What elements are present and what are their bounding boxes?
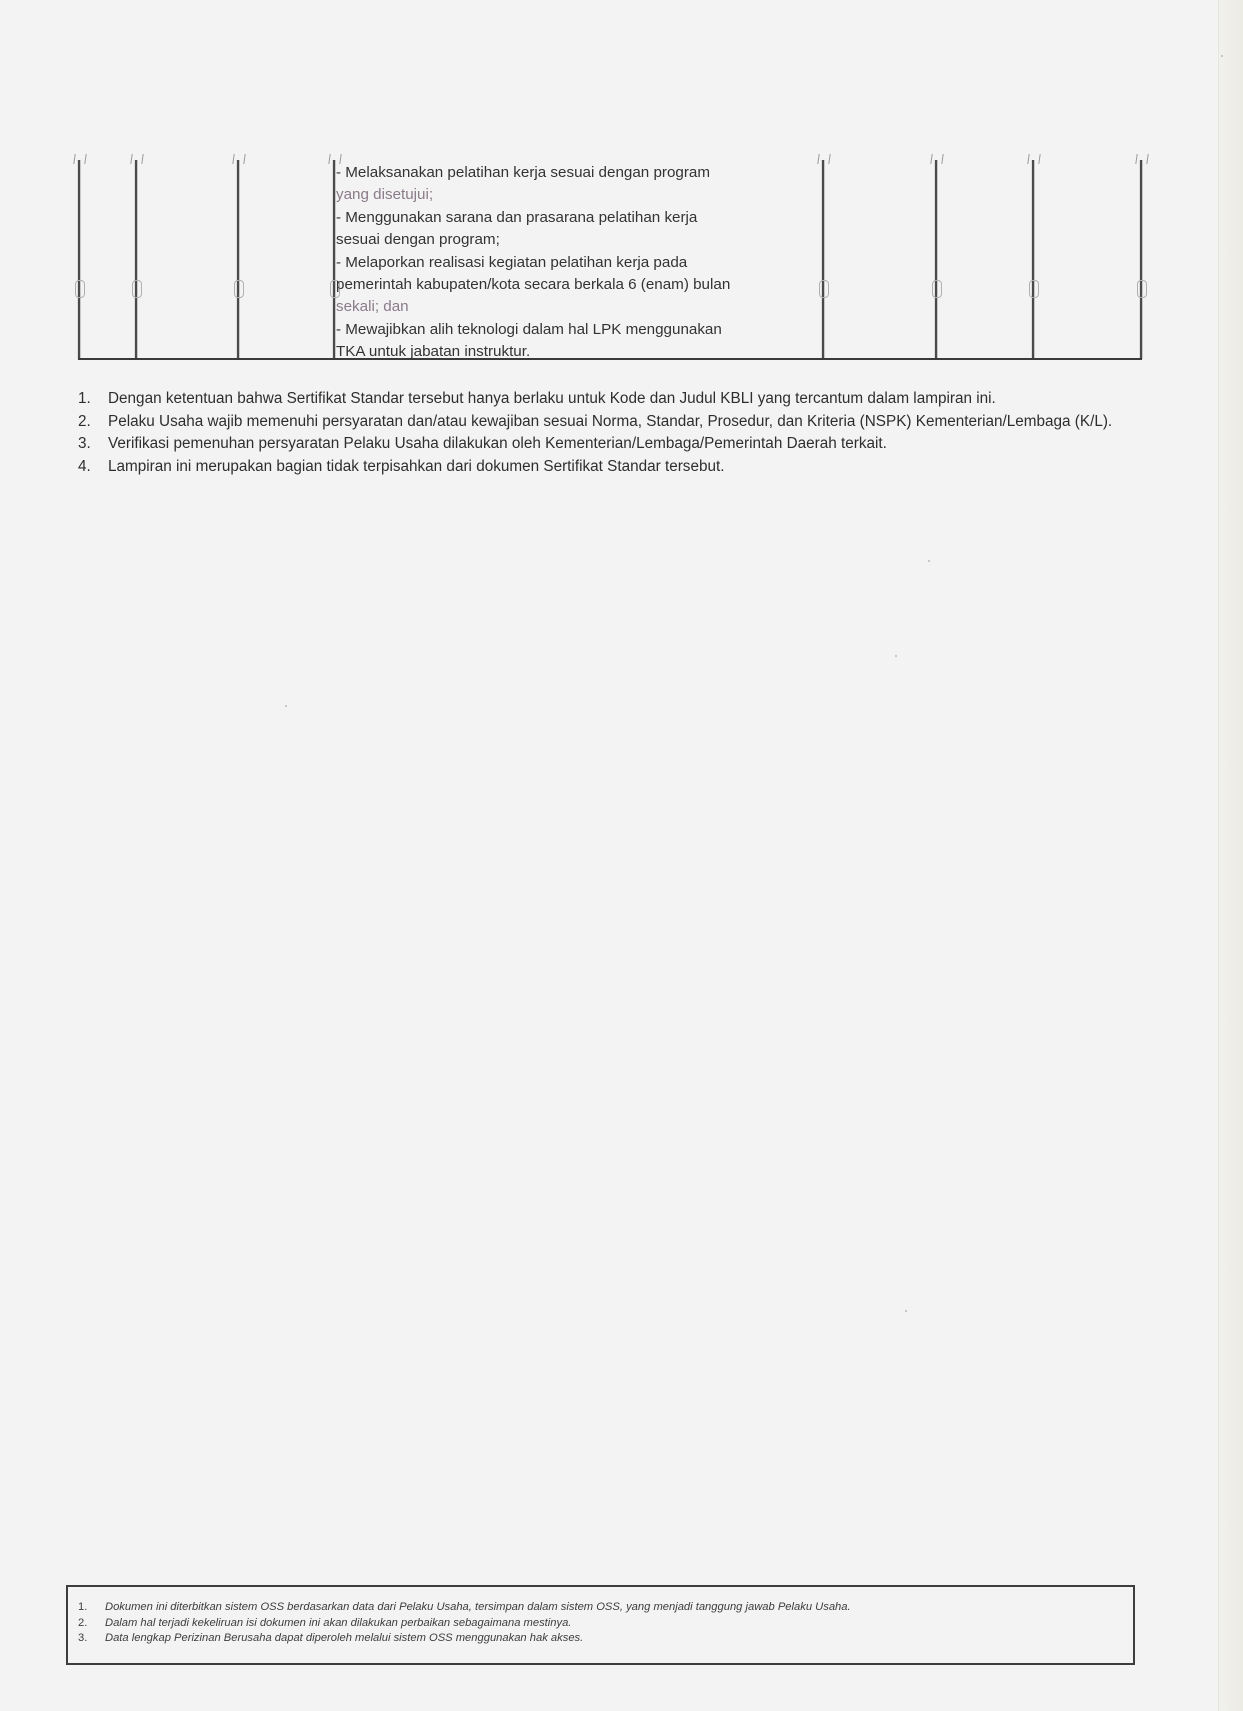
table-column-border bbox=[135, 160, 137, 359]
oss-disclaimer-box: 1. Dokumen ini diterbitkan sistem OSS be… bbox=[66, 1585, 1135, 1665]
obligation-line: - Melaporkan realisasi kegiatan pelatiha… bbox=[336, 252, 826, 274]
table-column-border bbox=[78, 160, 80, 359]
note-item: 2. Pelaku Usaha wajib memenuhi persyarat… bbox=[78, 413, 1143, 432]
note-item: 1. Dengan ketentuan bahwa Sertifikat Sta… bbox=[78, 390, 1143, 409]
obligation-line: sekali; dan bbox=[336, 296, 826, 318]
note-text: Dengan ketentuan bahwa Sertifikat Standa… bbox=[108, 390, 996, 407]
disclaimer-text: Data lengkap Perizinan Berusaha dapat di… bbox=[105, 1632, 583, 1644]
table-column-border bbox=[237, 160, 239, 359]
attachment-notes-list: 1. Dengan ketentuan bahwa Sertifikat Sta… bbox=[78, 390, 1143, 480]
note-text: Pelaku Usaha wajib memenuhi persyaratan … bbox=[108, 413, 1112, 430]
table-column-border bbox=[1032, 160, 1034, 359]
obligation-line: sesuai dengan program; bbox=[336, 229, 826, 251]
disclaimer-item: 2. Dalam hal terjadi kekeliruan isi doku… bbox=[78, 1616, 851, 1632]
table-column-border bbox=[333, 160, 335, 359]
scan-speck bbox=[895, 655, 897, 657]
obligation-line: - Menggunakan sarana dan prasarana pelat… bbox=[336, 207, 826, 229]
note-item: 4. Lampiran ini merupakan bagian tidak t… bbox=[78, 458, 1143, 477]
note-text: Lampiran ini merupakan bagian tidak terp… bbox=[108, 458, 724, 475]
obligation-line: TKA untuk jabatan instruktur. bbox=[336, 341, 826, 363]
scan-speck bbox=[1221, 55, 1223, 57]
disclaimer-number: 1. bbox=[78, 1600, 87, 1616]
disclaimer-item: 1. Dokumen ini diterbitkan sistem OSS be… bbox=[78, 1600, 851, 1616]
obligation-line: - Melaksanakan pelatihan kerja sesuai de… bbox=[336, 162, 826, 184]
scan-speck bbox=[928, 560, 930, 562]
requirements-table-continuation: - Melaksanakan pelatihan kerja sesuai de… bbox=[0, 0, 1243, 380]
disclaimer-item: 3. Data lengkap Perizinan Berusaha dapat… bbox=[78, 1631, 851, 1647]
obligation-line: - Mewajibkan alih teknologi dalam hal LP… bbox=[336, 319, 826, 341]
obligation-line: pemerintah kabupaten/kota secara berkala… bbox=[336, 274, 826, 296]
table-column-border bbox=[935, 160, 937, 359]
disclaimer-number: 2. bbox=[78, 1616, 87, 1632]
table-column-border bbox=[1140, 160, 1142, 359]
note-number: 3. bbox=[78, 435, 91, 454]
disclaimer-text: Dokumen ini diterbitkan sistem OSS berda… bbox=[105, 1601, 851, 1613]
scan-speck bbox=[285, 705, 287, 707]
note-number: 2. bbox=[78, 413, 91, 432]
obligations-cell: - Melaksanakan pelatihan kerja sesuai de… bbox=[336, 162, 826, 364]
disclaimer-number: 3. bbox=[78, 1631, 87, 1647]
note-item: 3. Verifikasi pemenuhan persyaratan Pela… bbox=[78, 435, 1143, 454]
disclaimer-list: 1. Dokumen ini diterbitkan sistem OSS be… bbox=[78, 1600, 851, 1647]
disclaimer-text: Dalam hal terjadi kekeliruan isi dokumen… bbox=[105, 1617, 571, 1629]
note-text: Verifikasi pemenuhan persyaratan Pelaku … bbox=[108, 435, 887, 452]
note-number: 1. bbox=[78, 390, 91, 409]
scan-speck bbox=[905, 1310, 907, 1312]
obligation-line: yang disetujui; bbox=[336, 184, 826, 206]
note-number: 4. bbox=[78, 458, 91, 477]
